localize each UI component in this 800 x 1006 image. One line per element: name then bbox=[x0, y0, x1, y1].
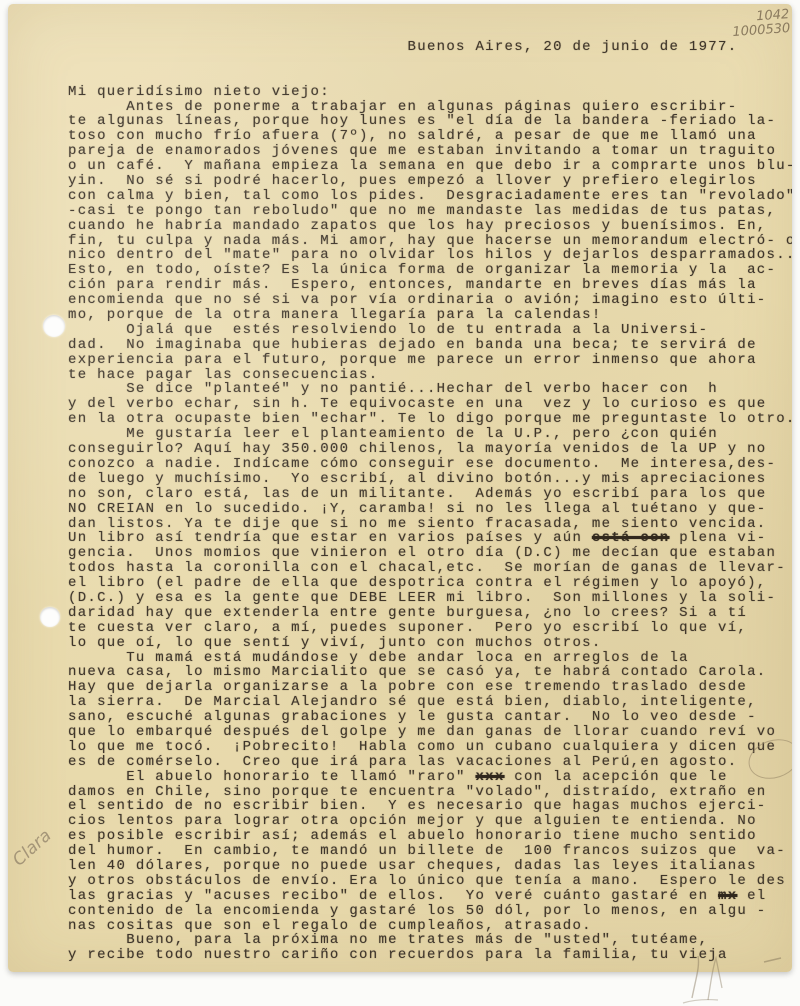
letter-line: conseguirlo? Aquí hay 350.000 chilenos, … bbox=[68, 442, 792, 457]
letter-line: todos hasta la coronilla con el chacal,e… bbox=[68, 561, 792, 576]
letter-line: dad. No imaginaba que hubieras dejado en… bbox=[68, 338, 792, 353]
letter-text-segment: el bbox=[737, 888, 766, 904]
letter-line: Mi queridísimo nieto viejo: bbox=[68, 85, 792, 100]
letter-line: gencia. Unos momios que vinieron el otro… bbox=[68, 546, 792, 561]
letter-line: del humor. En cambio, te mandó un billet… bbox=[68, 844, 792, 859]
pencil-scribble bbox=[678, 948, 788, 1006]
letter-text-segment: las gracias y "acuses recibo" de ellos. … bbox=[68, 888, 718, 904]
letter-line: yin. No sé si podré hacerlo, pues empezó… bbox=[68, 174, 792, 189]
letter-line: cuando he habría mandado zapatos que los… bbox=[68, 219, 792, 234]
letter-line: toso con mucho frío afuera (7º), no sald… bbox=[68, 129, 792, 144]
letter-line: NO CREIAN en lo sucedido. ¡Y, caramba! s… bbox=[68, 502, 792, 517]
struck-out-text: está con bbox=[592, 530, 670, 546]
letter-line: el libro (el padre de ella que despotric… bbox=[68, 576, 792, 591]
letter-line: es de comérselo. Creo que irá para las v… bbox=[68, 755, 792, 770]
letter-line: Buenos Aires, 20 de junio de 1977. bbox=[68, 40, 792, 55]
letter-line: lo que oí, lo que sentí y viví, junto co… bbox=[68, 636, 792, 651]
letter-line: Me gustaría leer el planteamiento de la … bbox=[68, 427, 792, 442]
letter-line: la sierra. De Marcial Alejandro sé que e… bbox=[68, 695, 792, 710]
struck-out-text: xxx bbox=[475, 769, 504, 785]
letter-line bbox=[68, 70, 792, 85]
letter-line: de luego y muchísimo. Yo escribí, al div… bbox=[68, 472, 792, 487]
struck-out-text: mx bbox=[718, 888, 737, 904]
letter-line: las gracias y "acuses recibo" de ellos. … bbox=[68, 889, 792, 904]
letter-text-segment: plena vi- bbox=[670, 530, 767, 546]
archival-number-annotation: 1042 1000530 bbox=[731, 8, 791, 40]
letter-line: que lo embarqué después del golpe y me d… bbox=[68, 725, 792, 740]
letter-line: lo que me tocó. ¡Pobrecito! Habla como u… bbox=[68, 740, 792, 755]
letter-line: experiencia para el futuro, porque me pa… bbox=[68, 353, 792, 368]
letter-line: daridad hay que extenderla entre gente b… bbox=[68, 606, 792, 621]
letter-line: Ojalá que estés resolviendo lo de tu ent… bbox=[68, 323, 792, 338]
letter-line: contenido de la encomienda y gastaré los… bbox=[68, 904, 792, 919]
letter-line: ción para rendir más. Espero, entonces, … bbox=[68, 278, 792, 293]
letter-line: te cuesta ver claro, a mí, puedes supone… bbox=[68, 621, 792, 636]
letter-line: (D.C.) y esa es la gente que DEBE LEER m… bbox=[68, 591, 792, 606]
letter-line: Hay que dejarla organizarse a la pobre c… bbox=[68, 680, 792, 695]
letter-line: conozco a nadie. Indícame cómo conseguir… bbox=[68, 457, 792, 472]
letter-line: o un café. Y mañana empieza la semana en… bbox=[68, 159, 792, 174]
letter-line: con calma y bien, tal como los pides. De… bbox=[68, 189, 792, 204]
letter-line: El abuelo honorario te llamó "raro" xxx … bbox=[68, 770, 792, 785]
letter-text-segment: Un libro así tendría que estar en varios… bbox=[68, 530, 592, 546]
letter-line: mo, porque de la otra manera llegaría pa… bbox=[68, 308, 792, 323]
punch-hole-top bbox=[43, 315, 65, 337]
letter-line: y otros obstáculos de envío. Era lo únic… bbox=[68, 874, 792, 889]
letter-line: encomienda que no sé si va por vía ordin… bbox=[68, 293, 792, 308]
letter-paper-sheet: Buenos Aires, 20 de junio de 1977.Mi que… bbox=[8, 4, 792, 972]
letter-line: cios lentos para lograr otra opción mejo… bbox=[68, 814, 792, 829]
letter-line: -casi te pongo tan reboludo" que no me m… bbox=[68, 204, 792, 219]
letter-text-segment: El abuelo honorario te llamó "raro" bbox=[68, 769, 475, 785]
letter-line: no son, claro está, las de un militante.… bbox=[68, 487, 792, 502]
letter-text-segment: con la acepción que le bbox=[505, 769, 728, 785]
letter-line: sano, escuché algunas grabaciones y le g… bbox=[68, 710, 792, 725]
scanned-letter-page: { "annotations": { "top_right_code_1": "… bbox=[0, 0, 800, 1006]
punch-hole-bottom bbox=[40, 607, 60, 627]
letter-line bbox=[68, 55, 792, 70]
letter-line: en la otra ocupaste bien "echar". Te lo … bbox=[68, 412, 792, 427]
typewritten-letter-body: Buenos Aires, 20 de junio de 1977.Mi que… bbox=[68, 40, 792, 963]
letter-line: es posible escribir así; además el abuel… bbox=[68, 829, 792, 844]
letter-line: len 40 dólares, porque no puede usar che… bbox=[68, 859, 792, 874]
letter-line: pareja de enamorados jóvenes que me esta… bbox=[68, 144, 792, 159]
